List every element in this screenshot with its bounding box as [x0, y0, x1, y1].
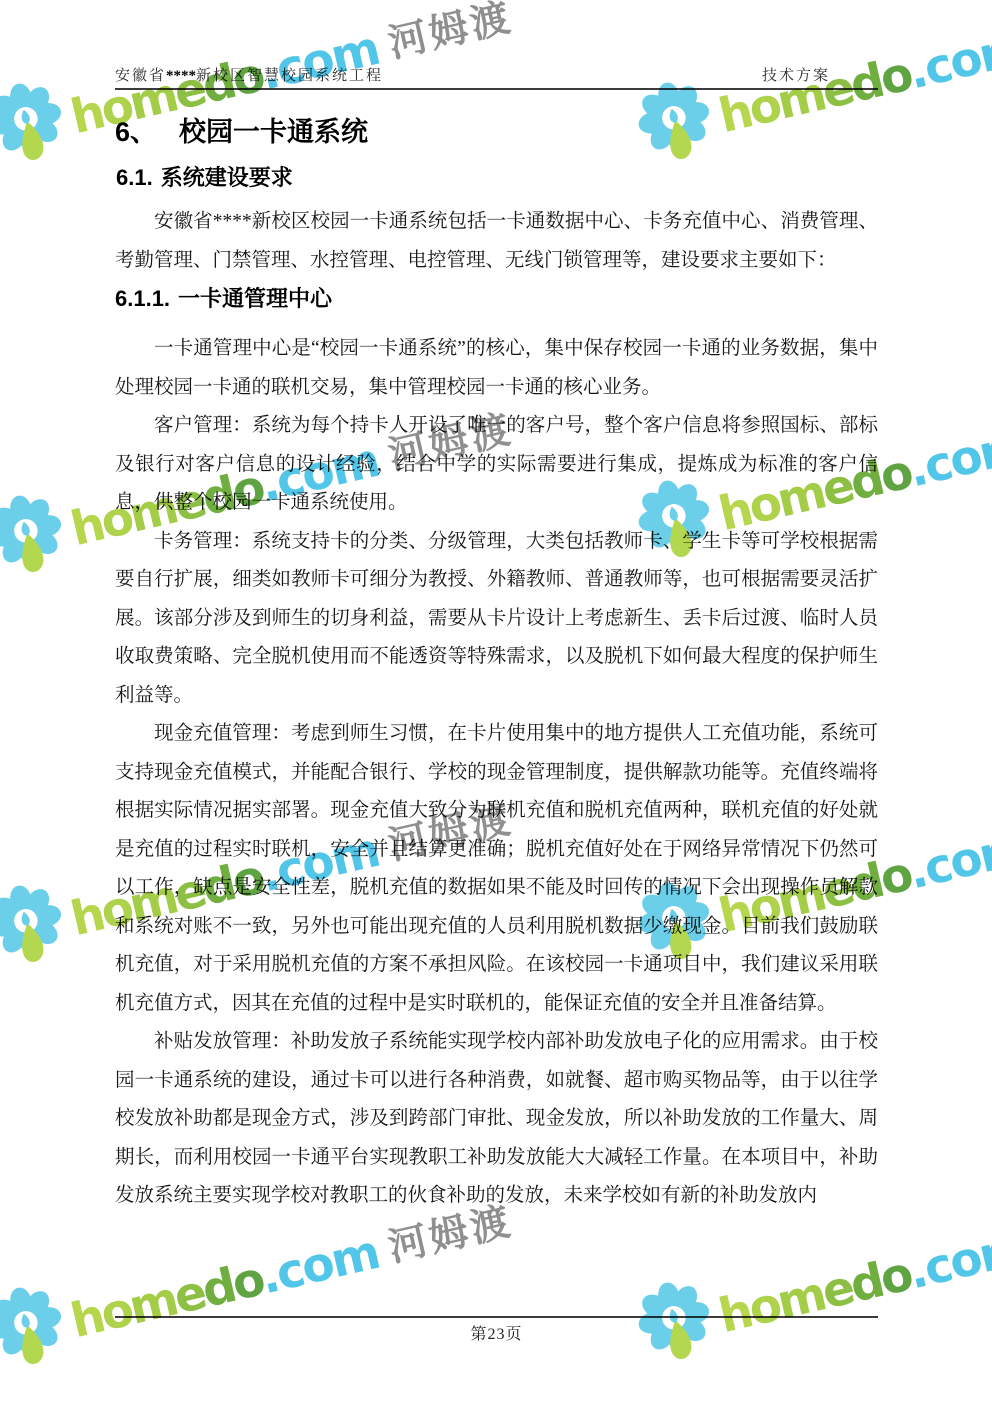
- document-body: 安徽省****新校区智慧校园系统工程 技术方案 6、校园一卡通系统 6.1.系统…: [115, 64, 878, 1216]
- heading-number: 6、: [115, 117, 157, 147]
- paragraph-customer-mgmt: 客户管理：系统为每个持卡人开设了唯一的客户号，整个客户信息将参照国标、部标及银行…: [115, 407, 878, 523]
- homedo-flower-icon: [0, 875, 75, 986]
- watermark-cn: 河姆渡: [385, 0, 517, 64]
- page-number: 第23页: [470, 1326, 522, 1343]
- heading-number: 6.1.1.: [115, 286, 170, 311]
- heading-title: 系统建设要求: [161, 165, 293, 190]
- heading-number: 6.1.: [116, 165, 153, 190]
- page-footer: 第23页: [115, 1316, 878, 1344]
- paragraph-onecard-center: 一卡通管理中心是“校园一卡通系统”的核心，集中保存校园一卡通的业务数据，集中处理…: [115, 330, 878, 407]
- section-heading-6: 6、校园一卡通系统: [115, 116, 878, 149]
- homedo-flower-icon: [0, 1277, 75, 1388]
- header-right-title: 技术方案: [762, 64, 830, 85]
- heading-title: 一卡通管理中心: [178, 286, 332, 311]
- watermark-com: .com: [904, 824, 992, 897]
- section-heading-6-1-1: 6.1.1.一卡通管理中心: [115, 285, 878, 312]
- watermark-com: .com: [904, 24, 992, 97]
- paragraph-overview: 安徽省****新校区校园一卡通系统包括一卡通数据中心、卡务充值中心、消费管理、考…: [115, 203, 878, 280]
- paragraph-card-mgmt: 卡务管理：系统支持卡的分类、分级管理，大类包括教师卡、学生卡等可学校根据需要自行…: [115, 523, 878, 716]
- watermark-com: .com: [904, 1224, 992, 1297]
- homedo-flower-icon: [0, 73, 75, 184]
- watermark-com: .com: [256, 1229, 383, 1302]
- paragraph-subsidy-mgmt: 补贴发放管理：补助发放子系统能实现学校内部补助发放电子化的应用需求。由于校园一卡…: [115, 1023, 878, 1216]
- header-masked-stars: ****: [166, 68, 196, 84]
- page-header: 安徽省****新校区智慧校园系统工程 技术方案: [115, 64, 878, 90]
- document-page: 安徽省****新校区智慧校园系统工程 技术方案 6、校园一卡通系统 6.1.系统…: [0, 0, 992, 1403]
- heading-title: 校园一卡通系统: [179, 117, 368, 147]
- homedo-flower-icon: [0, 485, 75, 596]
- section-heading-6-1: 6.1.系统建设要求: [116, 164, 878, 191]
- header-left-title: 安徽省****新校区智慧校园系统工程: [115, 64, 383, 85]
- watermark-com: .com: [904, 422, 992, 495]
- paragraph-cash-recharge-mgmt: 现金充值管理：考虑到师生习惯，在卡片使用集中的地方提供人工充值功能，系统可支持现…: [115, 715, 878, 1023]
